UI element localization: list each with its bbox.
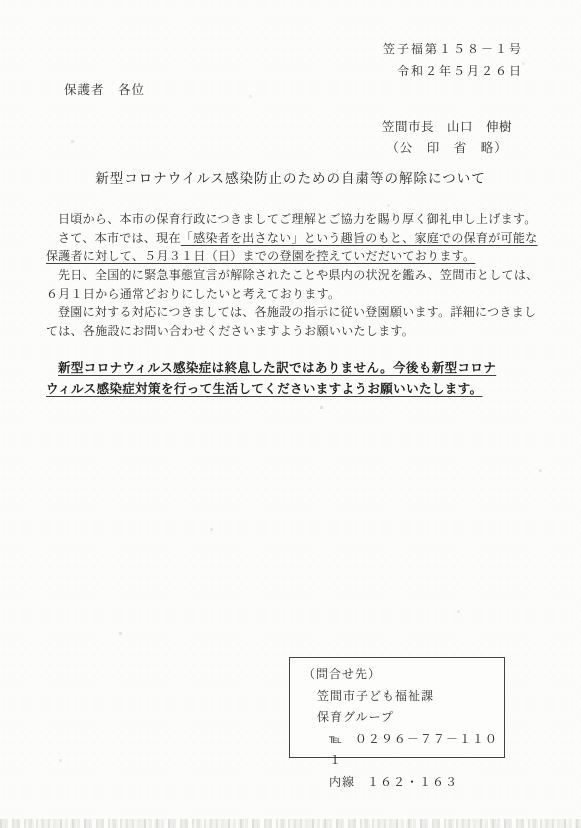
underlined-text-segment: 保護者に対して、５月３１日（日）までの登園を控えていだだいております。: [46, 249, 475, 263]
telephone-number: ０２９６－７７－１１０１: [329, 732, 498, 768]
underlined-text-segment: ウィルス感染症対策を行って生活してくださいますようお願いいたします。: [46, 381, 482, 396]
letter-title: 新型コロナウイルス感染防止のための自粛等の解除について: [0, 167, 581, 187]
underlined-text-segment: 「感染者を出さない」という趣旨のもと、家庭での保育が可能な: [181, 231, 538, 245]
contact-extension-row: 内線１６２・１６３: [290, 772, 504, 794]
underlined-text-segment: 新型コロナウィルス感染症は終息した訳ではありません。今後も新型コロナ: [58, 360, 496, 375]
seal-omitted-note: （公 印 省 略）: [382, 137, 512, 158]
body-line: ６月１日から通常どおりにしたいと考えております。: [46, 285, 546, 304]
body-text-segment: ６月１日から通常どおりにしたいと考えております。: [46, 287, 340, 301]
sender-block: 笠間市長 山口 伸樹 （公 印 省 略）: [382, 116, 512, 158]
body-line: ては、各施設にお問い合わせくださいますようお願いいたします。: [46, 322, 546, 341]
document-number: 笠子福第１５８－１号: [383, 38, 523, 60]
emphasis-paragraph: 新型コロナウィルス感染症は終息した訳ではありません。今後も新型コロナ ウィルス感…: [46, 357, 546, 399]
body-text-segment: 日頃から、本市の保育行政につきましてご理解とご協力を賜り厚く御礼申し上げます。: [58, 212, 537, 226]
sender-name: 笠間市長 山口 伸樹: [382, 116, 512, 137]
body-line: 日頃から、本市の保育行政につきましてご理解とご協力を賜り厚く御礼申し上げます。: [46, 210, 546, 229]
contact-info-box: （問合せ先） 笠間市子ども福祉課 保育グループ ℡０２９６－７７－１１０１ 内線…: [289, 657, 505, 758]
document-date: 令和２年５月２６日: [383, 60, 523, 82]
body-text-segment: ては、各施設にお問い合わせくださいますようお願いいたします。: [46, 324, 414, 338]
scanned-letter-page: 笠子福第１５８－１号 令和２年５月２６日 保護者 各位 笠間市長 山口 伸樹 （…: [0, 0, 581, 828]
emphasis-line: ウィルス感染症対策を行って生活してくださいますようお願いいたします。: [46, 378, 546, 399]
letter-body: 日頃から、本市の保育行政につきましてご理解とご協力を賜り厚く御礼申し上げます。 …: [46, 210, 546, 399]
body-line: 登園に対する対応につきましては、各施設の指示に従い登園願います。詳細につきまし: [46, 303, 546, 322]
contact-organization: 笠間市子ども福祉課: [290, 686, 504, 708]
extension-numbers: １６２・１６３: [367, 775, 458, 789]
scan-edge-artifact: [0, 819, 581, 828]
telephone-icon: ℡: [329, 732, 343, 746]
contact-telephone-row: ℡０２９６－７７－１１０１: [290, 729, 504, 772]
contact-label: （問合せ先）: [290, 664, 504, 686]
scan-noise-speckles: [0, 0, 1, 1]
document-meta: 笠子福第１５８－１号 令和２年５月２６日: [383, 38, 523, 82]
body-line: 先日、全国的に緊急事態宣言が解除されたことや県内の状況を鑑み、笠間市としては、: [46, 266, 546, 285]
body-text-segment: 登園に対する対応につきましては、各施設の指示に従い登園願います。詳細につきまし: [58, 305, 536, 319]
emphasis-line: 新型コロナウィルス感染症は終息した訳ではありません。今後も新型コロナ: [46, 357, 546, 378]
recipient-line: 保護者 各位: [64, 80, 145, 98]
extension-label: 内線: [329, 775, 355, 789]
body-text-segment: 先日、全国的に緊急事態宣言が解除されたことや県内の状況を鑑み、笠間市としては、: [58, 268, 538, 282]
contact-group: 保育グループ: [290, 707, 504, 729]
body-line: さて、本市では、現在「感染者を出さない」という趣旨のもと、家庭での保育が可能な: [46, 229, 546, 248]
body-line: 保護者に対して、５月３１日（日）までの登園を控えていだだいております。: [46, 247, 546, 266]
body-text-segment: さて、本市では、現在: [58, 231, 181, 245]
